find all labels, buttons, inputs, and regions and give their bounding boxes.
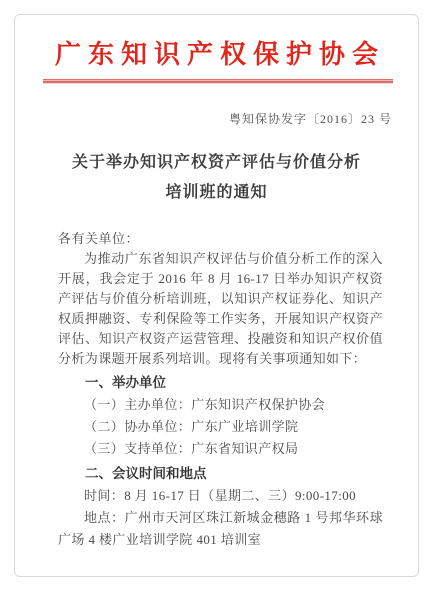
masthead-divider: [43, 79, 393, 84]
section-2-time: 时间：8 月 16-17 日（星期二、三）9:00-17:00: [58, 485, 383, 507]
screenshot-canvas: 广东知识产权保护协会 粤知保协发字〔2016〕23 号 关于举办知识产权资产评估…: [0, 0, 434, 600]
section-1-item-supporter: （三）支持单位：广东省知识产权局: [58, 438, 383, 460]
intro-paragraph: 为推动广东省知识产权评估与价值分析工作的深入开展，我会定于 2016 年 8 月…: [58, 249, 383, 369]
doc-number: 粤知保协发字〔2016〕23 号: [15, 110, 418, 127]
notice-title: 关于举办知识产权资产评估与价值分析 培训班的通知: [15, 148, 418, 208]
document-page: 广东知识产权保护协会 粤知保协发字〔2016〕23 号 关于举办知识产权资产评估…: [14, 14, 419, 577]
section-1-item-host: （一）主办单位：广东知识产权保护协会: [58, 394, 383, 416]
org-name-masthead: 广东知识产权保护协会: [15, 39, 418, 71]
section-1-heading: 一、举办单位: [58, 372, 383, 394]
notice-title-line1: 关于举办知识产权资产评估与价值分析: [15, 148, 418, 178]
notice-title-line2: 培训班的通知: [15, 178, 418, 208]
section-1-item-cohost: （二）协办单位：广东广业培训学院: [58, 416, 383, 438]
section-2-location: 地点：广州市天河区珠江新城金穗路 1 号邦华环球广场 4 楼广业培训学院 401…: [58, 507, 383, 551]
section-2-heading: 二、会议时间和地点: [58, 463, 383, 485]
document-body: 各有关单位： 为推动广东省知识产权评估与价值分析工作的深入开展，我会定于 201…: [58, 228, 383, 551]
salutation: 各有关单位：: [58, 228, 383, 249]
